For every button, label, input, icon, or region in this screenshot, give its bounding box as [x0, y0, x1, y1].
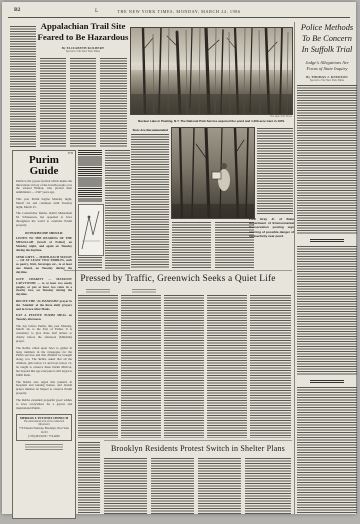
masthead-rule — [8, 17, 350, 18]
ad-paragraph: Purim is the joyous festival which marks… — [16, 180, 72, 196]
text-column — [78, 295, 118, 438]
text-column — [297, 387, 357, 514]
greenwich-headline: Pressed by Traffic, Greenwich Seeks a Qu… — [64, 274, 292, 284]
text-column — [121, 295, 161, 438]
section-rule — [64, 270, 292, 271]
ad-paragraph: The Rebbe extended prayerful good wishes… — [16, 399, 72, 411]
column-subhead — [310, 239, 344, 242]
text-column — [164, 295, 204, 438]
ad-title-line2: Guide — [13, 166, 75, 177]
ad-list-heading: ON PURIM ONE SHOULD: — [16, 231, 72, 235]
ad-paragraph: This year Purim begins Monday night, Mar… — [16, 198, 72, 210]
photo-sign-caption: Fred Gray Jr. of State Department of Env… — [249, 217, 294, 238]
ad-list-item: RECITE THE 'AL HANISSIM' prayer in the '… — [16, 300, 72, 312]
text-column — [297, 85, 357, 235]
ad-org-address: 770 Eastern Parkway, Brooklyn, New York … — [18, 426, 70, 434]
photo-warning-sign — [172, 128, 254, 218]
column-rule — [294, 22, 295, 514]
masthead-title: THE NEW YORK TIMES, MONDAY, MARCH 24, 19… — [2, 9, 356, 14]
photo-warning-sign-image — [172, 128, 254, 218]
ad-list-item: EAT A FESTIVE PURIM MEAL on Tuesday afte… — [16, 314, 72, 322]
photo-credit: The New York Times — [202, 115, 292, 118]
trail-headline-line2: Feared to Be Hazardous — [34, 32, 132, 43]
text-column — [105, 150, 130, 269]
ad-paragraph: The Rebbe also urged that patients in ho… — [16, 381, 72, 397]
trail-subhead: Tests Are Recommended — [131, 128, 169, 132]
photo-nuclear-lake — [131, 28, 292, 114]
suffolk-headline-line1: Police Methods — [297, 23, 357, 34]
text-column — [78, 257, 102, 269]
newspaper-page: B2 L THE NEW YORK TIMES, MONDAY, MARCH 2… — [2, 2, 356, 514]
text-column — [10, 26, 36, 147]
ad-org-phone: (718) 493-9250 / 774-4000 — [18, 434, 70, 438]
ad-paragraph: The day before Purim, this year Monday, … — [16, 325, 72, 345]
ad-footnote — [25, 444, 63, 450]
ad-org-box: MERKOS L'INYONEI CHINUCH The educational… — [16, 414, 72, 441]
suffolk-byline-sub: Special to The New York Times — [297, 79, 357, 82]
text-column — [257, 128, 293, 214]
suffolk-headline-line3: In Suffolk Trial — [297, 45, 357, 56]
ad-paragraph: The Rebbe called upon Jews to gather in … — [16, 347, 72, 378]
text-column — [151, 458, 194, 514]
inline-illustration — [78, 204, 104, 256]
ad-list-item: SEND GIFTS — MISHLOACH MANOT — OF AT LEA… — [16, 256, 72, 276]
ad-paragraph: The Lubavitcher Rebbe, Rabbi Menachem M.… — [16, 212, 72, 228]
text-column — [215, 222, 254, 269]
text-column — [78, 442, 100, 514]
text-column — [245, 458, 291, 514]
text-column — [78, 150, 102, 202]
purim-guide-ad: B"H Purim Guide Purim is the joyous fest… — [12, 150, 76, 519]
trail-byline-sub: Special to The New York Times — [38, 50, 128, 53]
text-column — [207, 295, 247, 438]
illustration-drawing — [79, 205, 103, 255]
photo-lake-caption: Nuclear Lake in Pawling, N.Y. The Nation… — [129, 119, 294, 123]
newspaper-scan: B2 L THE NEW YORK TIMES, MONDAY, MARCH 2… — [0, 0, 360, 524]
text-column — [104, 458, 147, 514]
section-rule — [104, 440, 292, 441]
text-column — [198, 458, 241, 514]
greenwich-byline — [86, 289, 110, 293]
greenwich-byline — [132, 289, 156, 293]
ad-list-item: LISTEN TO THE READING OF THE MEGILLAH (S… — [16, 237, 72, 253]
text-column — [40, 58, 66, 147]
suffolk-deck-line2: Focus of State Inquiry — [297, 66, 357, 72]
brooklyn-headline: Brooklyn Residents Protest Switch in She… — [104, 444, 292, 453]
trail-headline-line1: Appalachian Trail Site — [34, 21, 132, 32]
text-column — [297, 246, 357, 376]
suffolk-headline-line2: To Be Concern — [297, 34, 357, 45]
text-column — [172, 222, 211, 269]
column-subhead — [310, 380, 344, 383]
text-column — [70, 58, 96, 147]
text-column — [131, 134, 169, 269]
text-column — [250, 295, 291, 438]
photo-nuclear-lake-image — [131, 28, 292, 114]
text-column — [100, 58, 127, 147]
